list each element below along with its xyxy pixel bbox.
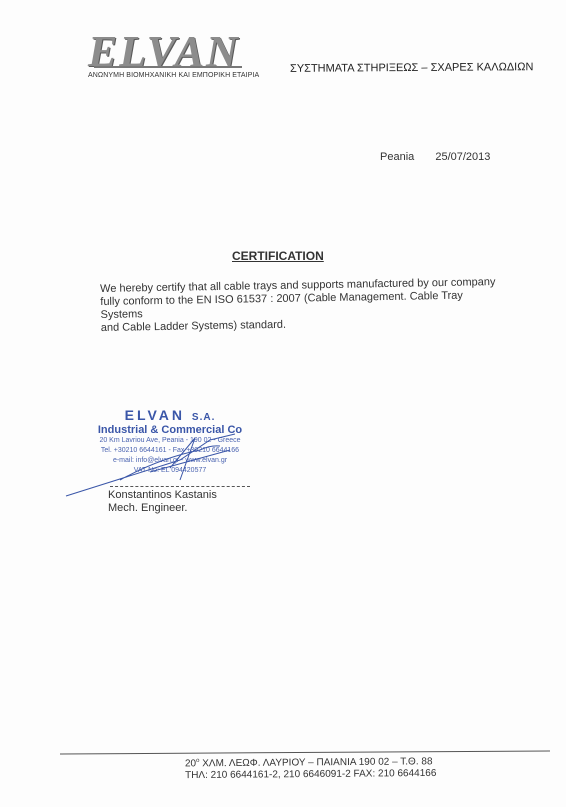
signer-block: Konstantinos Kastanis Mech. Engineer.: [108, 489, 217, 515]
certification-body: We hereby certify that all cable trays a…: [100, 276, 501, 335]
date: 25/07/2013: [435, 151, 490, 163]
footer-km: 20: [185, 758, 196, 769]
place-date: Peania 25/07/2013: [380, 151, 508, 163]
company-subtitle: ΑΝΩΝΥΜΗ ΒΙΟΜΗΧΑΝΙΚΗ ΚΑΙ ΕΜΠΟΡΙΚΗ ΕΤΑΙΡΙΑ: [88, 72, 259, 79]
signature-icon: [60, 420, 260, 500]
document-title: CERTIFICATION: [232, 249, 324, 263]
footer-address-line: ΧΛΜ. ΛΕΩΦ. ΛΑΥΡΙΟΥ – ΠΑΙΑΝΙΑ 190 02 – Τ.…: [199, 756, 432, 769]
footer-address: 20ο ΧΛΜ. ΛΕΩΦ. ΛΑΥΡΙΟΥ – ΠΑΙΑΝΙΑ 190 02 …: [185, 753, 437, 783]
company-tagline: ΣΥΣΤΗΜΑΤΑ ΣΤΗΡΙΞΕΩΣ – ΣΧΑΡΕΣ ΚΑΛΩΔΙΩΝ: [290, 61, 533, 75]
signer-name: Konstantinos Kastanis: [108, 489, 217, 502]
logo-underline: [94, 66, 242, 68]
footer-phones: ΤΗΛ: 210 6644161-2, 210 6646091-2 FAX: 2…: [185, 768, 436, 782]
signature-line: [110, 486, 250, 487]
signer-title: Mech. Engineer.: [108, 502, 217, 515]
place: Peania: [380, 151, 414, 163]
